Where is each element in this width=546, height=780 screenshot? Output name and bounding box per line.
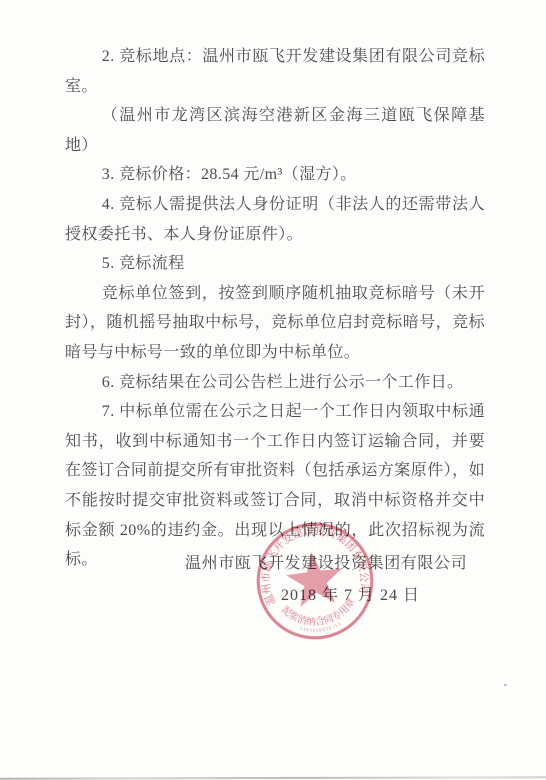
paragraph-bid-process: 竞标单位签到，按签到顺序随机抽取竞标暗号（未开封），随机摇号抽取中标号，竞标单位… <box>65 279 485 368</box>
paragraph-bid-price: 3. 竞标价格：28.54 元/m³（湿方）。 <box>65 160 485 190</box>
company-seal-stamp: 温州市瓯飞开发建设投资集团有限公司 泥浆消纳合同专用章 330305003075… <box>236 502 394 660</box>
paragraph-location-note: （温州市龙湾区滨海空港新区金海三道瓯飞保障基地） <box>65 101 485 160</box>
paragraph-bid-process-heading: 5. 竞标流程 <box>65 249 485 279</box>
paragraph-result-publicity: 6. 竞标结果在公司公告栏上进行公示一个工作日。 <box>65 368 485 398</box>
scan-edge-shadow <box>0 776 546 779</box>
scanned-document-page: 2. 竞标地点：温州市瓯飞开发建设集团有限公司竞标室。 （温州市龙湾区滨海空港新… <box>0 0 546 780</box>
paragraph-id-requirement: 4. 竞标人需提供法人身份证明（非法人的还需带法人授权委托书、本人身份证原件）。 <box>65 190 485 249</box>
scan-artifact-speck <box>504 684 507 686</box>
seal-star-icon <box>284 548 346 608</box>
paragraph-bid-location: 2. 竞标地点：温州市瓯飞开发建设集团有限公司竞标室。 <box>65 42 485 101</box>
document-body: 2. 竞标地点：温州市瓯飞开发建设集团有限公司竞标室。 （温州市龙湾区滨海空港新… <box>65 42 485 575</box>
